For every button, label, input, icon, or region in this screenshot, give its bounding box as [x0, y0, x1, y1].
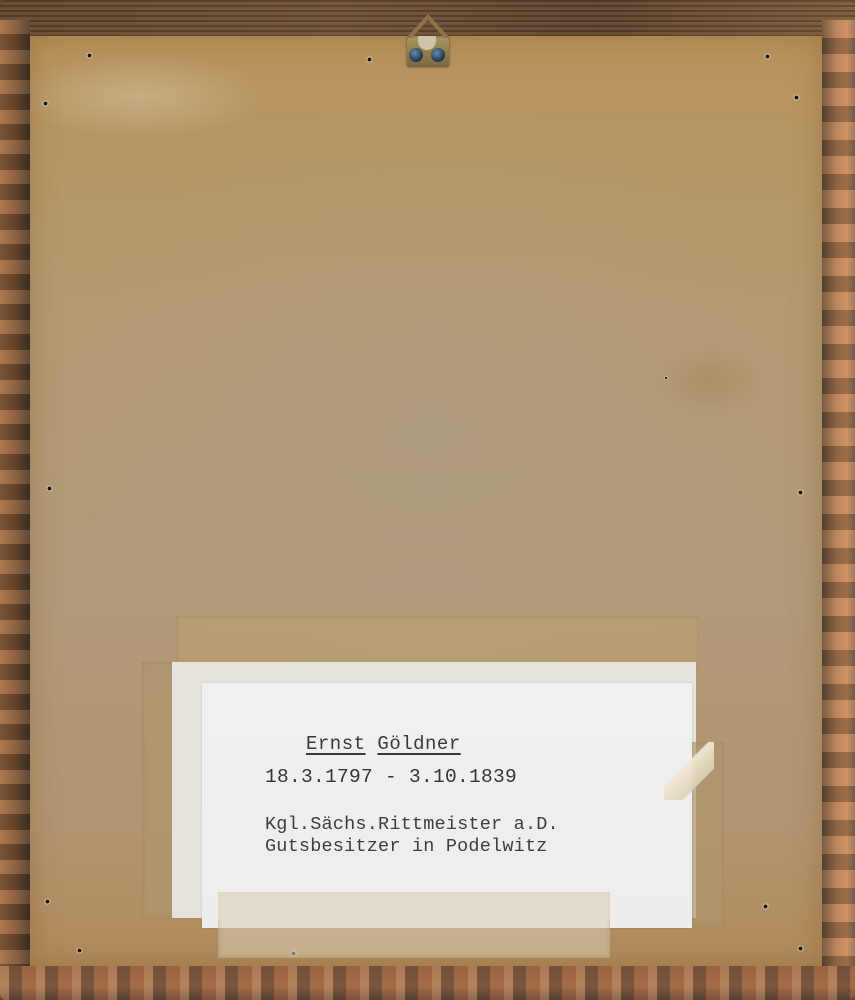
nail-hole: [664, 376, 668, 380]
tape-strip-top: [176, 616, 699, 668]
label-last-name: Göldner: [377, 733, 460, 755]
label-name: Ernst Göldner: [306, 733, 461, 755]
frame-right-rail: [822, 20, 855, 980]
nail-hole: [793, 94, 800, 101]
rivet-icon: [431, 48, 445, 62]
nail-hole: [46, 485, 53, 492]
frame-left-rail: [0, 20, 30, 980]
tape-strip-bottom-overlap: [218, 892, 610, 920]
sawtooth-hanger-icon: [400, 12, 456, 68]
label-occupation-line: Gutsbesitzer in Podelwitz: [265, 836, 548, 857]
label-first-name: Ernst: [306, 733, 366, 755]
nail-hole: [76, 947, 83, 954]
rivet-icon: [409, 48, 423, 62]
nail-hole: [366, 56, 373, 63]
tape-curl: [664, 742, 714, 800]
nail-hole: [797, 945, 804, 952]
nail-hole: [762, 903, 769, 910]
label-dates: 18.3.1797 - 3.10.1839: [265, 766, 517, 788]
nail-hole: [764, 53, 771, 60]
label-title-line: Kgl.Sächs.Rittmeister a.D.: [265, 814, 559, 835]
nail-hole: [42, 100, 49, 107]
nail-hole: [44, 898, 51, 905]
nail-hole: [797, 489, 804, 496]
nail-hole: [86, 52, 93, 59]
frame-bottom-rail: [0, 966, 855, 1000]
